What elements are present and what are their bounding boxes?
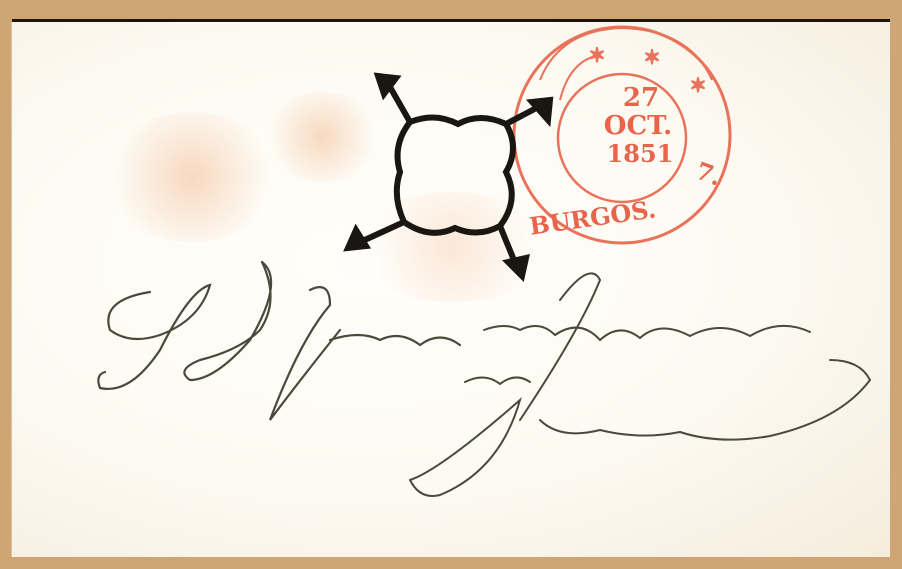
postmark-month: OCT.	[604, 111, 672, 141]
address-handwriting	[98, 262, 460, 420]
postmark-year: 1851	[607, 139, 674, 168]
postmark-town: BURGOS.	[528, 194, 658, 240]
star-icon: ✶	[644, 45, 661, 69]
spider-cancel-icon	[348, 76, 550, 276]
star-icon: ✶	[589, 43, 606, 67]
star-icon: ✶	[690, 73, 707, 97]
postmark-number: 7.	[692, 156, 725, 192]
postmark-day: 27	[623, 83, 659, 113]
address-script	[410, 273, 870, 496]
